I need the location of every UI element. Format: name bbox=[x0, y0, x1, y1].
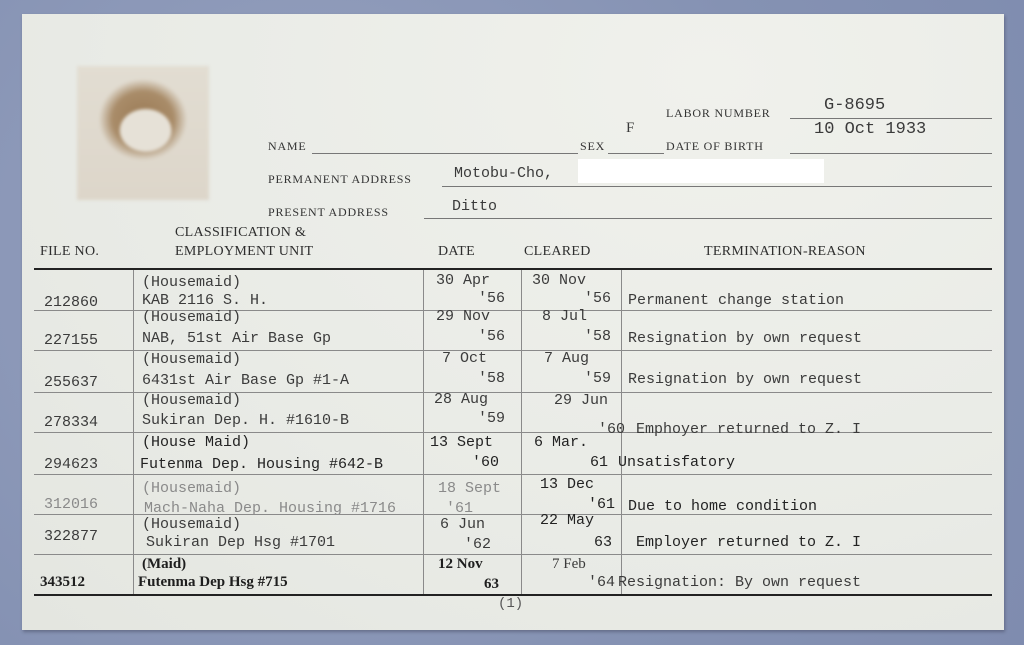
cleared-day-month: 8 Jul bbox=[542, 308, 587, 325]
classification: (Housemaid) bbox=[142, 480, 241, 497]
employment-unit: Futenma Dep. Housing #642-B bbox=[140, 456, 383, 473]
sex-underline bbox=[608, 153, 664, 154]
classification: (House Maid) bbox=[142, 434, 250, 451]
file-no: 227155 bbox=[44, 332, 98, 349]
employment-unit: NAB, 51st Air Base Gp bbox=[142, 330, 331, 347]
permanent-address-label: PERMANENT ADDRESS bbox=[268, 172, 412, 187]
file-no: 343512 bbox=[40, 574, 85, 591]
header-file-no: FILE NO. bbox=[40, 244, 99, 260]
column-divider bbox=[133, 270, 134, 596]
termination-reason: Resignation by own request bbox=[628, 371, 862, 388]
redacted-address bbox=[578, 159, 824, 183]
date-year: '59 bbox=[478, 410, 505, 427]
file-no: 278334 bbox=[44, 414, 98, 431]
employment-unit: Mach-Naha Dep. Housing #1716 bbox=[144, 500, 396, 517]
classification: (Housemaid) bbox=[142, 309, 241, 326]
header-date: DATE bbox=[438, 244, 475, 260]
present-address-label: PRESENT ADDRESS bbox=[268, 205, 389, 220]
termination-reason: Permanent change station bbox=[628, 292, 844, 309]
termination-reason: Emphoyer returned to Z. I bbox=[636, 421, 861, 438]
date-day-month: 12 Nov bbox=[438, 556, 483, 573]
present-address-underline bbox=[424, 218, 992, 219]
date-day-month: 13 Sept bbox=[430, 434, 493, 451]
column-divider bbox=[521, 270, 522, 596]
date-day-month: 29 Nov bbox=[436, 308, 490, 325]
date-day-month: 30 Apr bbox=[436, 272, 490, 289]
cleared-year: 61 bbox=[590, 454, 608, 471]
cleared-day-month: 30 Nov bbox=[532, 272, 586, 289]
dob-underline bbox=[790, 153, 992, 154]
date-year: '62 bbox=[464, 536, 491, 553]
page-number: (1) bbox=[498, 596, 523, 612]
row-divider bbox=[34, 474, 992, 475]
file-no: 322877 bbox=[44, 528, 98, 545]
header-classification: CLASSIFICATION & bbox=[175, 225, 306, 241]
cleared-year: '59 bbox=[584, 370, 611, 387]
date-day-month: 28 Aug bbox=[434, 391, 488, 408]
file-no: 294623 bbox=[44, 456, 98, 473]
dob-label: DATE OF BIRTH bbox=[666, 139, 764, 154]
header-cleared: CLEARED bbox=[524, 244, 591, 260]
labor-number-label: LABOR NUMBER bbox=[666, 106, 771, 121]
file-no: 255637 bbox=[44, 374, 98, 391]
classification: (Housemaid) bbox=[142, 516, 241, 533]
date-year: 63 bbox=[484, 576, 499, 593]
column-divider bbox=[423, 270, 424, 596]
permanent-address-value: Motobu-Cho, bbox=[454, 165, 553, 182]
cleared-year: '64 bbox=[588, 574, 615, 591]
cleared-year: '56 bbox=[584, 290, 611, 307]
sex-value: F bbox=[626, 120, 634, 137]
dob-value: 10 Oct 1933 bbox=[814, 120, 926, 139]
cleared-day-month: 13 Dec bbox=[540, 476, 594, 493]
permanent-address-underline bbox=[442, 186, 992, 187]
file-no: 212860 bbox=[44, 294, 98, 311]
employment-unit: Sukiran Dep Hsg #1701 bbox=[146, 534, 335, 551]
name-label: NAME bbox=[268, 139, 307, 154]
date-day-month: 7 Oct bbox=[442, 350, 487, 367]
cleared-day-month: 7 Aug bbox=[544, 350, 589, 367]
date-year: '58 bbox=[478, 370, 505, 387]
cleared-year: '58 bbox=[584, 328, 611, 345]
termination-reason: Resignation: By own request bbox=[618, 574, 861, 591]
employment-unit: 6431st Air Base Gp #1-A bbox=[142, 372, 349, 389]
row-divider bbox=[34, 554, 992, 555]
classification: (Housemaid) bbox=[142, 274, 241, 291]
header-employment-unit: EMPLOYMENT UNIT bbox=[175, 244, 313, 260]
header-termination-reason: TERMINATION-REASON bbox=[704, 244, 866, 260]
date-day-month: 6 Jun bbox=[440, 516, 485, 533]
cleared-day-month: 29 Jun bbox=[554, 392, 608, 409]
date-year: '61 bbox=[446, 500, 473, 517]
employment-unit: KAB 2116 S. H. bbox=[142, 292, 268, 309]
labor-number-underline bbox=[790, 118, 992, 119]
labor-number-value: G-8695 bbox=[824, 96, 885, 115]
termination-reason: Due to home condition bbox=[628, 498, 817, 515]
present-address-value: Ditto bbox=[452, 198, 497, 215]
termination-reason: Employer returned to Z. I bbox=[636, 534, 861, 551]
file-no: 312016 bbox=[44, 496, 98, 513]
termination-reason: Unsatisfatory bbox=[618, 454, 735, 471]
employment-unit: Sukiran Dep. H. #1610-B bbox=[142, 412, 349, 429]
date-year: '56 bbox=[478, 328, 505, 345]
name-underline bbox=[312, 153, 578, 154]
date-year: '60 bbox=[472, 454, 499, 471]
employment-unit: Futenma Dep Hsg #715 bbox=[138, 574, 288, 591]
date-year: '56 bbox=[478, 290, 505, 307]
cleared-day-month: 6 Mar. bbox=[534, 434, 588, 451]
id-photo bbox=[77, 66, 209, 200]
cleared-day-month: 7 Feb bbox=[552, 556, 586, 573]
sex-label: SEX bbox=[580, 139, 605, 154]
classification: (Housemaid) bbox=[142, 351, 241, 368]
classification: (Housemaid) bbox=[142, 392, 241, 409]
header-rule bbox=[34, 268, 992, 270]
cleared-year: '61 bbox=[588, 496, 615, 513]
cleared-day-month: 22 May bbox=[540, 512, 594, 529]
employment-record-card: LABOR NUMBER G-8695 NAME SEX F DATE OF B… bbox=[22, 14, 1004, 630]
cleared-year: '60 bbox=[598, 421, 625, 438]
cleared-year: 63 bbox=[594, 534, 612, 551]
classification: (Maid) bbox=[142, 556, 186, 573]
termination-reason: Resignation by own request bbox=[628, 330, 862, 347]
date-day-month: 18 Sept bbox=[438, 480, 501, 497]
